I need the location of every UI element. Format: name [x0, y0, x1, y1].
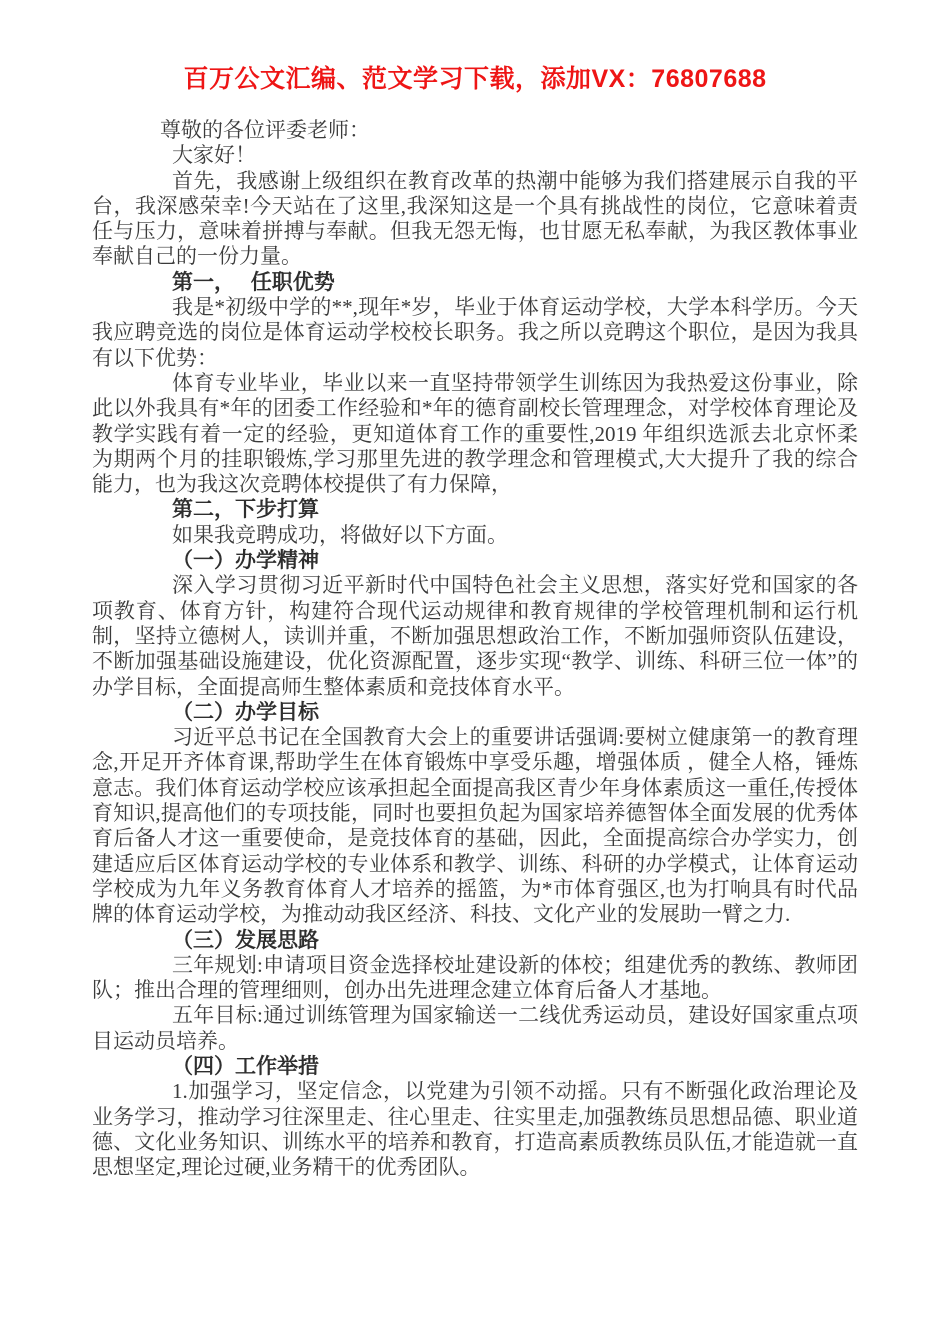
paragraph: 我是*初级中学的**,现年*岁，毕业于体育运动学校，大学本科学历。今天我应聘竞选… — [92, 295, 858, 371]
section-heading: （三）发展思路 — [92, 928, 858, 953]
paragraph: 大家好！ — [92, 143, 858, 168]
document-body: 尊敬的各位评委老师：大家好！首先，我感谢上级组织在教育改革的热潮中能够为我们搭建… — [92, 118, 858, 1180]
section-heading: 第一， 任职优势 — [92, 270, 858, 295]
paragraph: 三年规划:申请项目资金选择校址建设新的体校；组建优秀的教练、教师团队；推出合理的… — [92, 953, 858, 1004]
paragraph: 体育专业毕业，毕业以来一直坚持带领学生训练因为我热爱这份事业，除此以外我具有*年… — [92, 371, 858, 497]
paragraph: 习近平总书记在全国教育大会上的重要讲话强调:要树立健康第一的教育理念,开足开齐体… — [92, 725, 858, 927]
document-page: 百万公文汇编、范文学习下载，添加VX：76807688 尊敬的各位评委老师：大家… — [0, 0, 950, 1344]
salutation-line: 尊敬的各位评委老师： — [92, 118, 858, 143]
section-heading: （二）办学目标 — [92, 700, 858, 725]
paragraph: 五年目标:通过训练管理为国家输送一二线优秀运动员，建设好国家重点项目运动员培养。 — [92, 1003, 858, 1054]
promo-banner: 百万公文汇编、范文学习下载，添加VX：76807688 — [0, 0, 950, 94]
paragraph: 如果我竞聘成功，将做好以下方面。 — [92, 523, 858, 548]
paragraph: 1.加强学习，坚定信念，以党建为引领不动摇。只有不断强化政治理论及业务学习，推动… — [92, 1079, 858, 1180]
section-heading: （四）工作举措 — [92, 1054, 858, 1079]
paragraph: 深入学习贯彻习近平新时代中国特色社会主义思想，落实好党和国家的各项教育、体育方针… — [92, 573, 858, 699]
section-heading: （一）办学精神 — [92, 548, 858, 573]
section-heading: 第二，下步打算 — [92, 497, 858, 522]
paragraph: 首先，我感谢上级组织在教育改革的热潮中能够为我们搭建展示自我的平台，我深感荣幸!… — [92, 169, 858, 270]
